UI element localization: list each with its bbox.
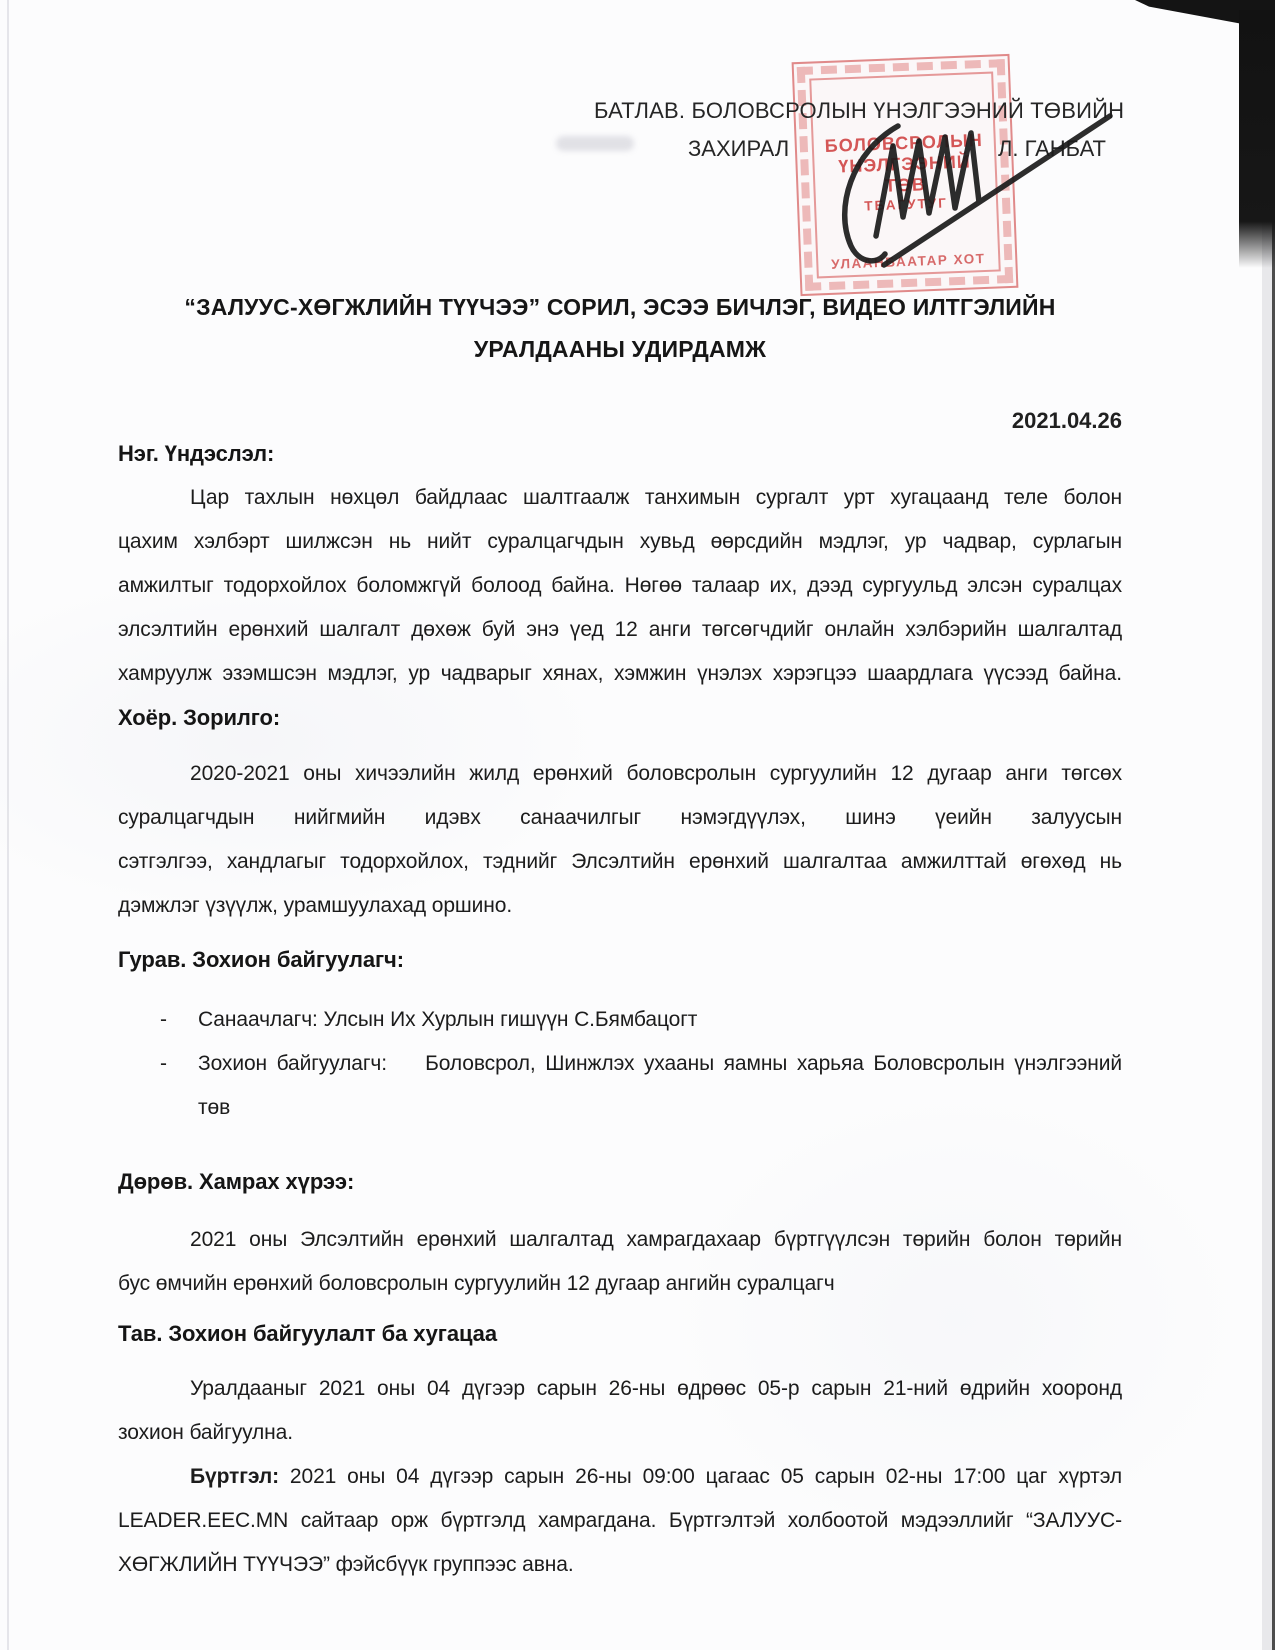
bullet-text: Зохион байгуулагч: Боловсрол, Шинжлэх ух… [198,1042,1122,1086]
bullet-text: Санаачлагч: Улсын Их Хурлын гишүүн С.Бям… [198,998,1122,1042]
section-heading: Хоёр. Зорилго: [118,696,1122,740]
text-line: дэмжлэг үзүүлж, урамшуулахад оршино. [118,884,1122,928]
section-heading: Тав. Зохион байгуулалт ба хугацаа [118,1312,1122,1356]
text-line: элсэлтийн ерөнхий шалгалт дөхөж буй энэ … [118,608,1122,652]
text-line: амжилтыг тодорхойлох боломжгүй болоод ба… [118,564,1122,608]
section-heading: Дөрөв. Хамрах хүрээ: [118,1160,1122,1204]
text-line: хамруулж эзэмшсэн мэдлэг, ур чадварыг хя… [118,652,1122,696]
scan-artifact-right-band [1239,10,1275,268]
document-body: Нэг. Үндэслэл:Цар тахлын нөхцөл байдлаас… [118,432,1122,1587]
bullet-dash: - [160,998,198,1042]
text-line: цахим хэлбэрт шилжсэн нь нийт суралцагчд… [118,520,1122,564]
text-line: төв [118,1086,1122,1130]
text-line: суралцагчдын нийгмийн идэвх санаачилгыг … [118,796,1122,840]
bullet-item: -Зохион байгуулагч: Боловсрол, Шинжлэх у… [118,1042,1122,1086]
bold-prefix: Бүртгэл: [190,1465,279,1488]
section-heading: Гурав. Зохион байгуулагч: [118,938,1122,982]
text-line: ХӨГЖЛИЙН ТҮҮЧЭЭ” фэйсбүүк группээс авна. [118,1543,1122,1587]
document-title: “ЗАЛУУС-ХӨГЖЛИЙН ТҮҮЧЭЭ” СОРИЛ, ЭСЭЭ БИЧ… [118,286,1122,370]
text-line: бус өмчийн ерөнхий боловсролын сургуулий… [118,1262,1122,1306]
text-line: зохион байгуулна. [118,1411,1122,1455]
document-title-line1: “ЗАЛУУС-ХӨГЖЛИЙН ТҮҮЧЭЭ” СОРИЛ, ЭСЭЭ БИЧ… [118,286,1122,328]
text-line: LEADER.EEC.MN сайтаар орж бүртгэлд хамра… [118,1499,1122,1543]
document-date: 2021.04.26 [118,408,1122,434]
bullet-item: -Санаачлагч: Улсын Их Хурлын гишүүн С.Бя… [118,998,1122,1042]
text-line: Бүртгэл: 2021 оны 04 дүгээр сарын 26-ны … [118,1455,1122,1499]
section-heading: Нэг. Үндэслэл: [118,432,1122,476]
document-title-line2: УРАЛДААНЫ УДИРДАМЖ [118,328,1122,370]
text-line: Цар тахлын нөхцөл байдлаас шалтгаалж тан… [118,476,1122,520]
scan-edge-line-left [7,0,9,1650]
scanned-document-page: { "approval": { "line1": "БАТЛАВ. БОЛОВС… [0,0,1275,1650]
text-line: Уралдааныг 2021 оны 04 дүгээр сарын 26-н… [118,1367,1122,1411]
text-line: 2021 оны Элсэлтийн ерөнхий шалгалтад хам… [118,1218,1122,1262]
bullet-dash: - [160,1042,198,1086]
director-role: ЗАХИРАЛ [688,136,789,162]
text-line: 2020-2021 оны хичээлийн жилд ерөнхий бол… [118,752,1122,796]
text-line: сэтгэлгээ, хандлагыг тодорхойлох, тэдний… [118,840,1122,884]
signature [780,86,1125,286]
